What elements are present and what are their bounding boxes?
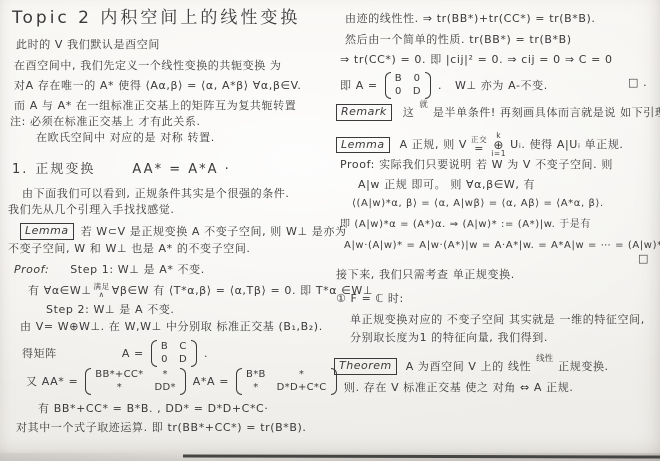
step-heading: Step 1: W⊥ 是 A* 不变.	[70, 263, 205, 277]
matrix-cell: *	[95, 382, 143, 395]
matrix-line: 得矩阵 A = B C 0 D .	[22, 340, 208, 367]
matrix-cell: D*D+C*C	[277, 382, 327, 395]
section-title: 正规变换	[35, 162, 95, 178]
matrix-AAstar: BB*+CC* * * DD*	[85, 368, 185, 395]
remark-label: Remark	[336, 104, 392, 121]
formula-line: ⇒ tr(CC*) = 0. 即 |cij|² = 0. ⇒ cij = 0 ⇒…	[340, 53, 613, 67]
sum-lower-limit: i=1	[491, 150, 506, 158]
lemma-text: 不变子空间, W 和 W⊥ 也是 A* 的不变子空间.	[8, 242, 251, 256]
lemma-line: Lemma 若 W⊂V 是正规变换 A 不变子空间, 则 W⊥ 是亦为	[20, 223, 347, 240]
inserted-text: 就	[419, 100, 428, 111]
matrix-cell: C	[179, 341, 187, 354]
lemma-label: Lemma	[336, 137, 390, 154]
intro-line: 此时的 V 我们默认是酉空间	[16, 38, 160, 52]
lemma-text: Uᵢ. 使得 A|Uᵢ 单正规.	[510, 138, 623, 152]
body-line: 分别取长度为1 的特征向量, 我们得到.	[350, 331, 548, 345]
matrix-cell: 0	[161, 354, 168, 367]
matrix-AstarA: B*B * * D*D+C*C	[236, 368, 336, 395]
notebook-page: Topic 2 内积空间上的线性变换 此时的 V 我们默认是酉空间 在酉空间中,…	[0, 0, 660, 461]
paren-right	[191, 340, 197, 367]
formula-line: 对其中一个式子取迹运算. 即 tr(BB*+CC*) = tr(B*B).	[16, 421, 307, 435]
formula-part: 即 A =	[340, 79, 378, 93]
formula-part: 有 ∀α∈W⊥	[28, 284, 92, 298]
formula-line: 对A 存在唯一的 A* 使得 ⟨Aα,β⟩ = ⟨α, A*β⟩ ∀α,β∈V.	[14, 79, 301, 93]
matrix-cell: BB*+CC*	[95, 369, 143, 382]
matrix-cell: D	[413, 86, 421, 99]
matrix-cell: 0	[413, 73, 421, 86]
matrix-line: 又 AA* = BB*+CC* * * DD* A*A = B*B * * D*…	[26, 368, 348, 395]
body-line: 由下面我们可以看到, 正规条件其实是个很强的条件.	[22, 187, 290, 201]
matrix-line: 即 A = B 0 0 D . W⊥ 亦为 A-不变.	[340, 72, 548, 99]
direct-sum-operator: k ⊕ i=1	[491, 132, 506, 158]
formula-part: W⊥ 亦为 A-不变.	[455, 79, 548, 93]
note-line: 注: 必须在标准正交基上 才有此关系.	[10, 115, 201, 129]
matrix-caption: 得矩阵	[22, 347, 57, 361]
note-line: 在欧氏空间中 对应的是 对称 转置.	[36, 131, 215, 145]
matrix-eq: A =	[122, 347, 144, 361]
paren-right	[180, 368, 186, 395]
matrix-cell: B*B	[246, 369, 266, 382]
formula-line: 即 (A|w)*α = (A*)α. ⇒ (A|w)* := (A*)|w. 于…	[340, 219, 591, 232]
matrix-cell: *	[154, 369, 175, 382]
theorem-text: A 为酉空间 V 上的 线性	[406, 360, 531, 374]
formula-part: A*A =	[193, 375, 229, 389]
theorem-text: 正规变换.	[558, 360, 609, 374]
caret-mark: ∧	[99, 291, 105, 299]
matrix-cell: B	[395, 73, 402, 86]
body-line: 接下来, 我们只需考查 单正规变换.	[336, 268, 515, 282]
lemma-text: A 正规, 则 V	[400, 138, 467, 152]
matrix-A: B C 0 D	[151, 340, 197, 367]
lemma-text: 若 W⊂V 是正规变换 A 不变子空间, 则 W⊥ 是亦为	[81, 225, 347, 239]
annotated-equals: 正交 =	[471, 136, 487, 155]
lemma-label: Lemma	[20, 223, 74, 240]
punct: .	[204, 347, 208, 361]
inserted-text: 线性	[536, 354, 553, 365]
matrix-cell: *	[246, 382, 266, 395]
proof-line: A|w 正规 即可。 则 ∀α,β∈W, 有	[358, 178, 535, 192]
remark-text: 是半单条件! 再刻画具体而言就是说 如下引理.	[433, 106, 660, 120]
step-heading: Step 2: W⊥ 是 A 不变.	[46, 303, 175, 317]
section-number: 1.	[12, 162, 28, 178]
qed-mark: □ .	[628, 76, 647, 90]
formula-line: 有 ∀α∈W⊥ 满足 ∧ ∀β∈W 有 ⟨T*α,β⟩ = ⟨α,Tβ⟩ = 0…	[28, 283, 373, 298]
matrix-cell: B	[161, 341, 168, 354]
theorem-label: Theorem	[334, 358, 397, 375]
matrix-A-block: B 0 0 D	[385, 72, 431, 99]
theorem-line: Theorem A 为酉空间 V 上的 线性 线性 正规变换.	[334, 358, 609, 375]
equals-sign: =	[474, 143, 484, 154]
proof-line: Proof: Step 1: W⊥ 是 A* 不变.	[14, 263, 205, 277]
intro-line: 而 A 与 A* 在一组标准正交基上的矩阵互为复共轭转置	[14, 99, 296, 113]
formula-line: 由 V= W⊕W⊥. 在 W,W⊥ 中分别取 标准正交基 (B₁,B₂).	[20, 320, 323, 334]
formula-line: 有 BB*+CC* = B*B. , DD* = D*D+C*C·	[38, 402, 268, 416]
theorem-text: 则. 存在 V 标准正交基 使之 对角 ⇔ A 正规.	[344, 381, 573, 395]
formula-part: ∀β∈W 有 ⟨T*α,β⟩ = ⟨α,Tβ⟩ = 0. 即 T*α ∈W⊥	[112, 284, 373, 298]
section-heading: 1. 正规变换 AA* = A*A ·	[12, 162, 231, 178]
punct: .	[438, 79, 442, 93]
remark-text: 这	[403, 106, 415, 120]
matrix-cell: D	[179, 354, 187, 367]
remark-line: Remark 这 就 是半单条件! 再刻画具体而言就是说 如下引理.	[336, 104, 660, 121]
lemma-line: Lemma A 正规, 则 V 正交 = k ⊕ i=1 Uᵢ. 使得 A|Uᵢ…	[336, 132, 624, 158]
qed-mark: □	[638, 252, 649, 266]
insertion-mark: 满足 ∧	[94, 283, 110, 298]
note-title: Topic 2 内积空间上的线性变换	[12, 8, 300, 29]
formula-line: ⟨(A|w)*α, β⟩ = ⟨α, A|wβ⟩ = ⟨α, Aβ⟩ = ⟨A*…	[352, 198, 604, 211]
paren-right	[425, 72, 431, 99]
formula-line: 由迹的线性性. ⇒ tr(BB*)+tr(CC*) = tr(B*B).	[345, 12, 596, 26]
matrix-cell: *	[277, 369, 327, 382]
body-line: 单正规变换对应的 不变子空间 其实就是 一维的特征空间,	[350, 313, 645, 327]
matrix-cell: DD*	[154, 382, 175, 395]
formula-part: 又 AA* =	[26, 375, 78, 389]
case-heading: ① F = ℂ 时:	[336, 292, 404, 306]
intro-line: 在酉空间中, 我们先定义一个线性变换的共轭变换 为	[14, 59, 282, 73]
proof-label: Proof:	[14, 263, 49, 277]
formula-line: A|w·(A|w)* = A|w·(A*)|w = A·A*|w. = A*A|…	[344, 240, 660, 253]
matrix-cell: 0	[395, 86, 402, 99]
formula-line: 然后由一个简单的性质. tr(BB*) = tr(B*B)	[345, 33, 572, 47]
section-formula: AA* = A*A ·	[132, 162, 230, 178]
body-line: 我们先从几个引理入手找找感觉.	[8, 203, 175, 217]
proof-line: Proof: 实际我们只要说明 若 W 为 V 不变子空间. 则	[340, 158, 613, 172]
